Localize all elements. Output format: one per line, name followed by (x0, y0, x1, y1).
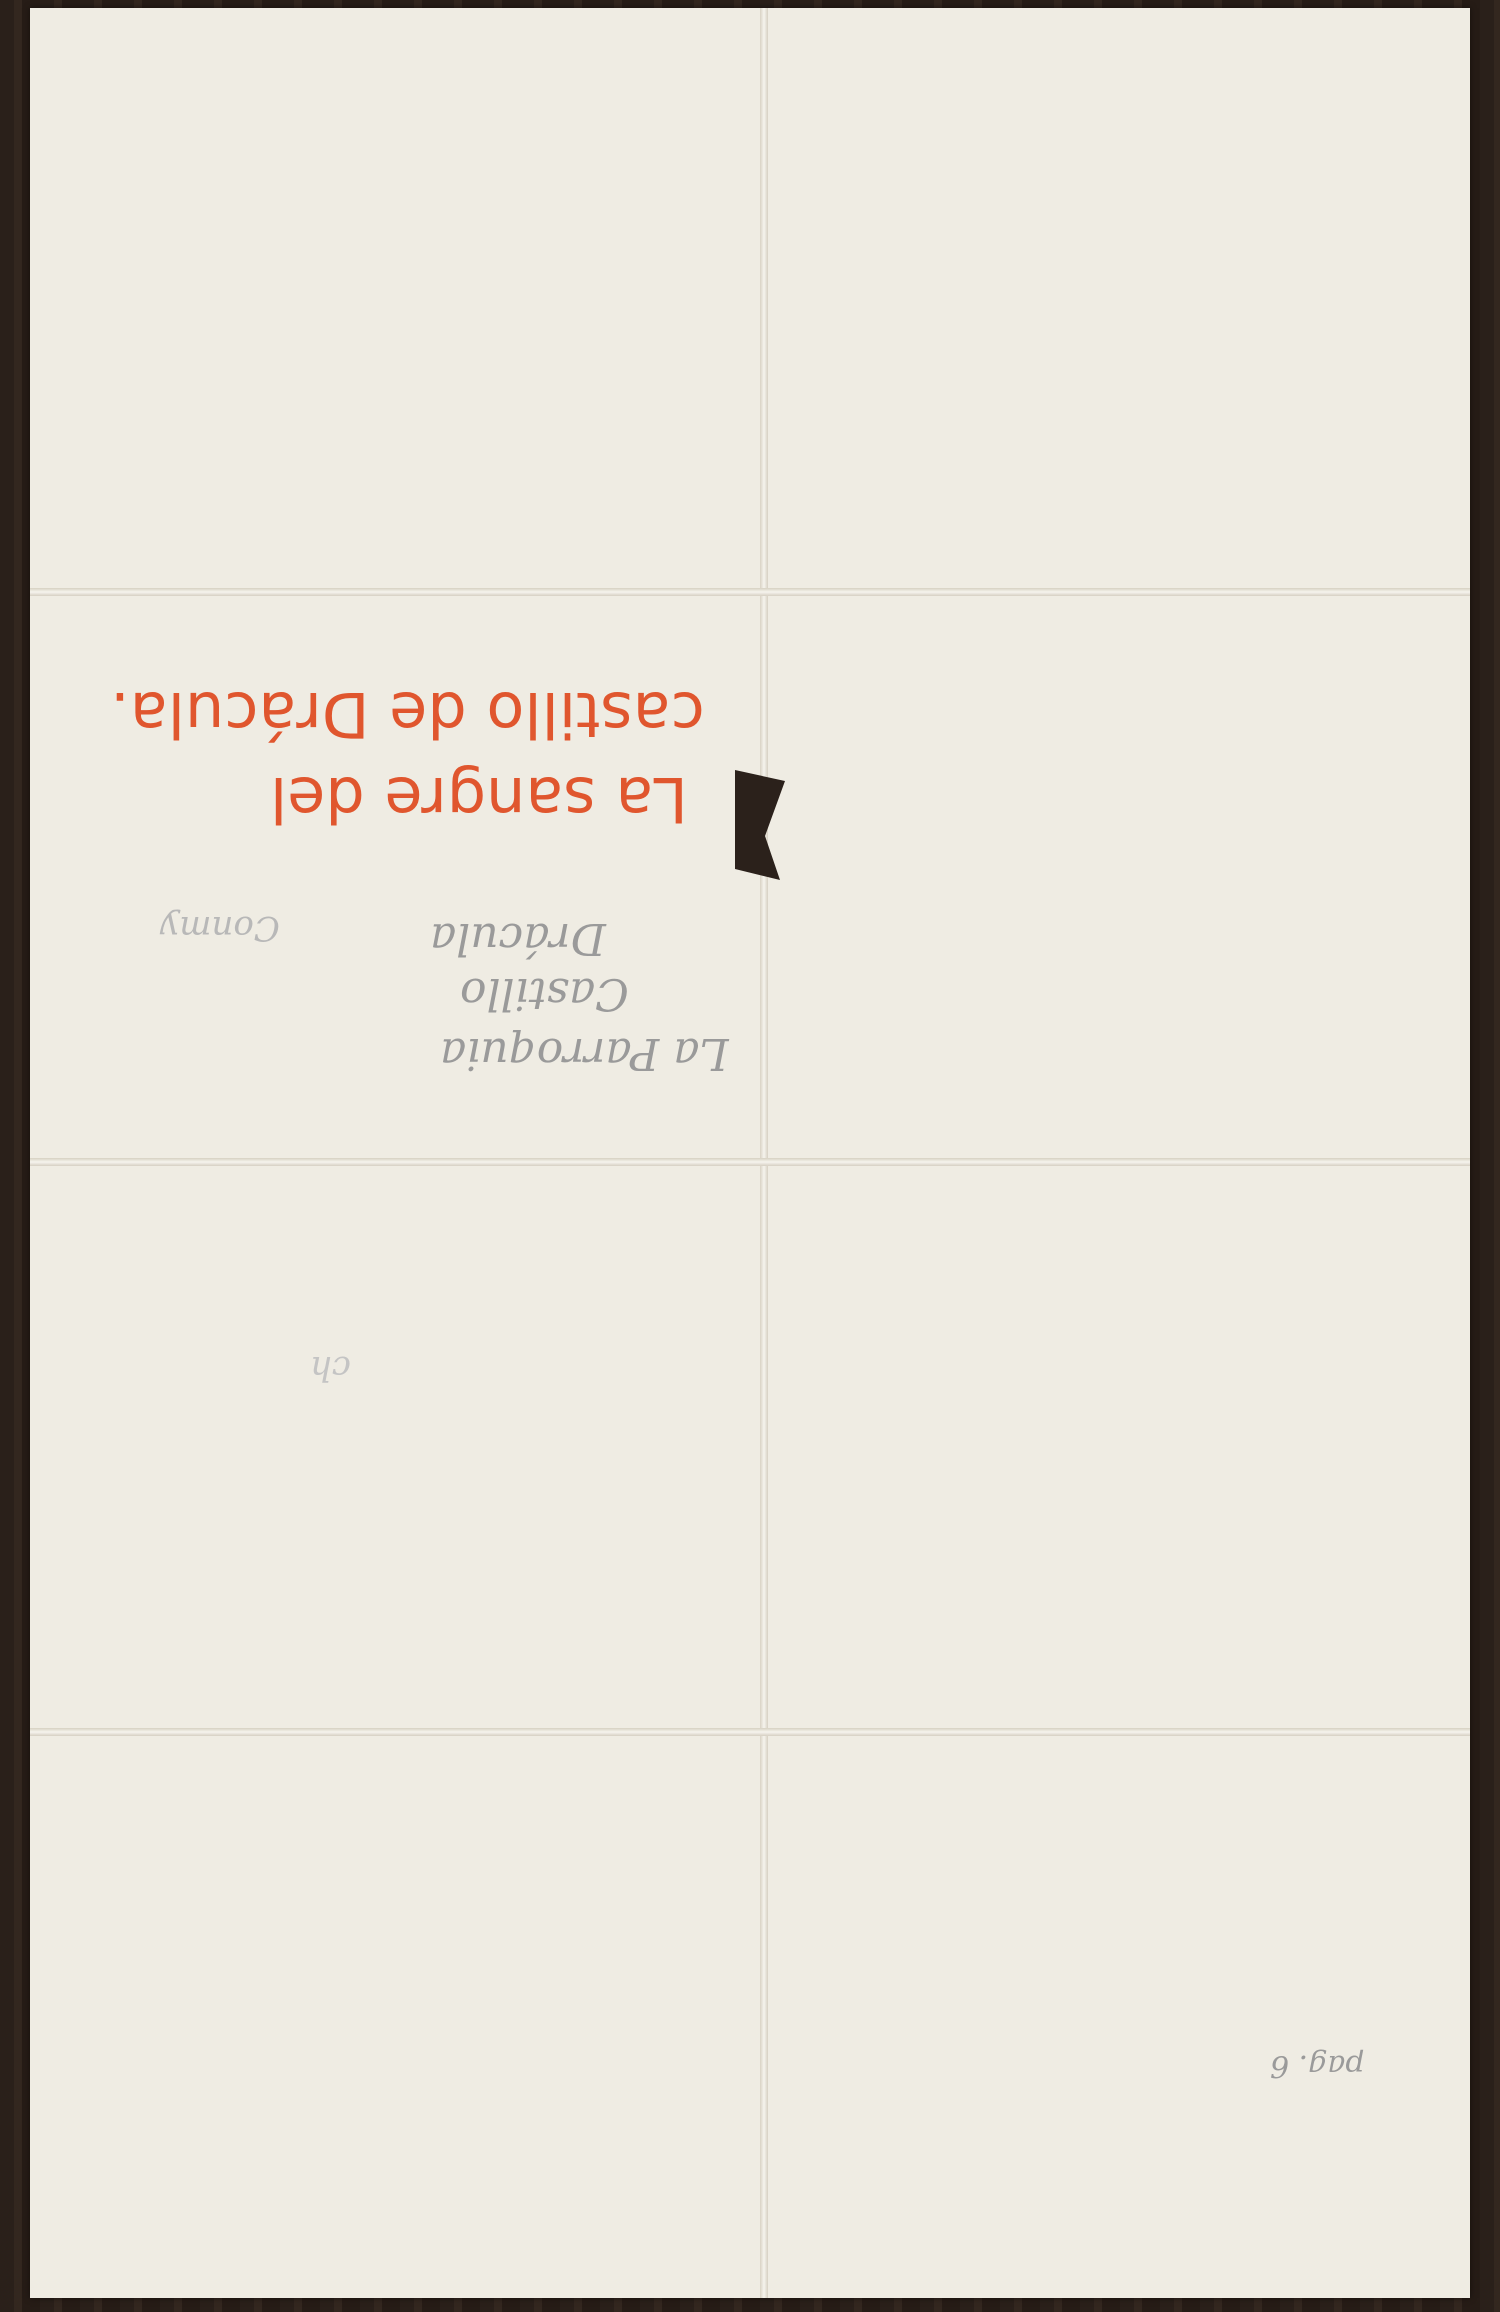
horizontal-fold-3 (30, 1728, 1470, 1736)
pencil-note-3: Drácula (430, 913, 606, 964)
horizontal-fold-1 (30, 588, 1470, 596)
poster-back-sheet: La sangre del castillo de Drácula. La Pa… (30, 8, 1470, 2298)
vertical-fold (760, 8, 768, 2298)
pencil-note-side: Conmy (160, 908, 280, 948)
pencil-note-bottom-right: pag. 6 (1270, 2048, 1364, 2083)
red-handwriting-line1: La sangre del (270, 763, 688, 836)
pencil-note-1: La Parroquia (440, 1028, 729, 1079)
horizontal-fold-2 (30, 1158, 1470, 1166)
red-handwriting-line2: castillo de Drácula. (110, 678, 705, 751)
pencil-note-lower: ch (310, 1348, 351, 1388)
pencil-note-2: Castillo (460, 968, 629, 1019)
